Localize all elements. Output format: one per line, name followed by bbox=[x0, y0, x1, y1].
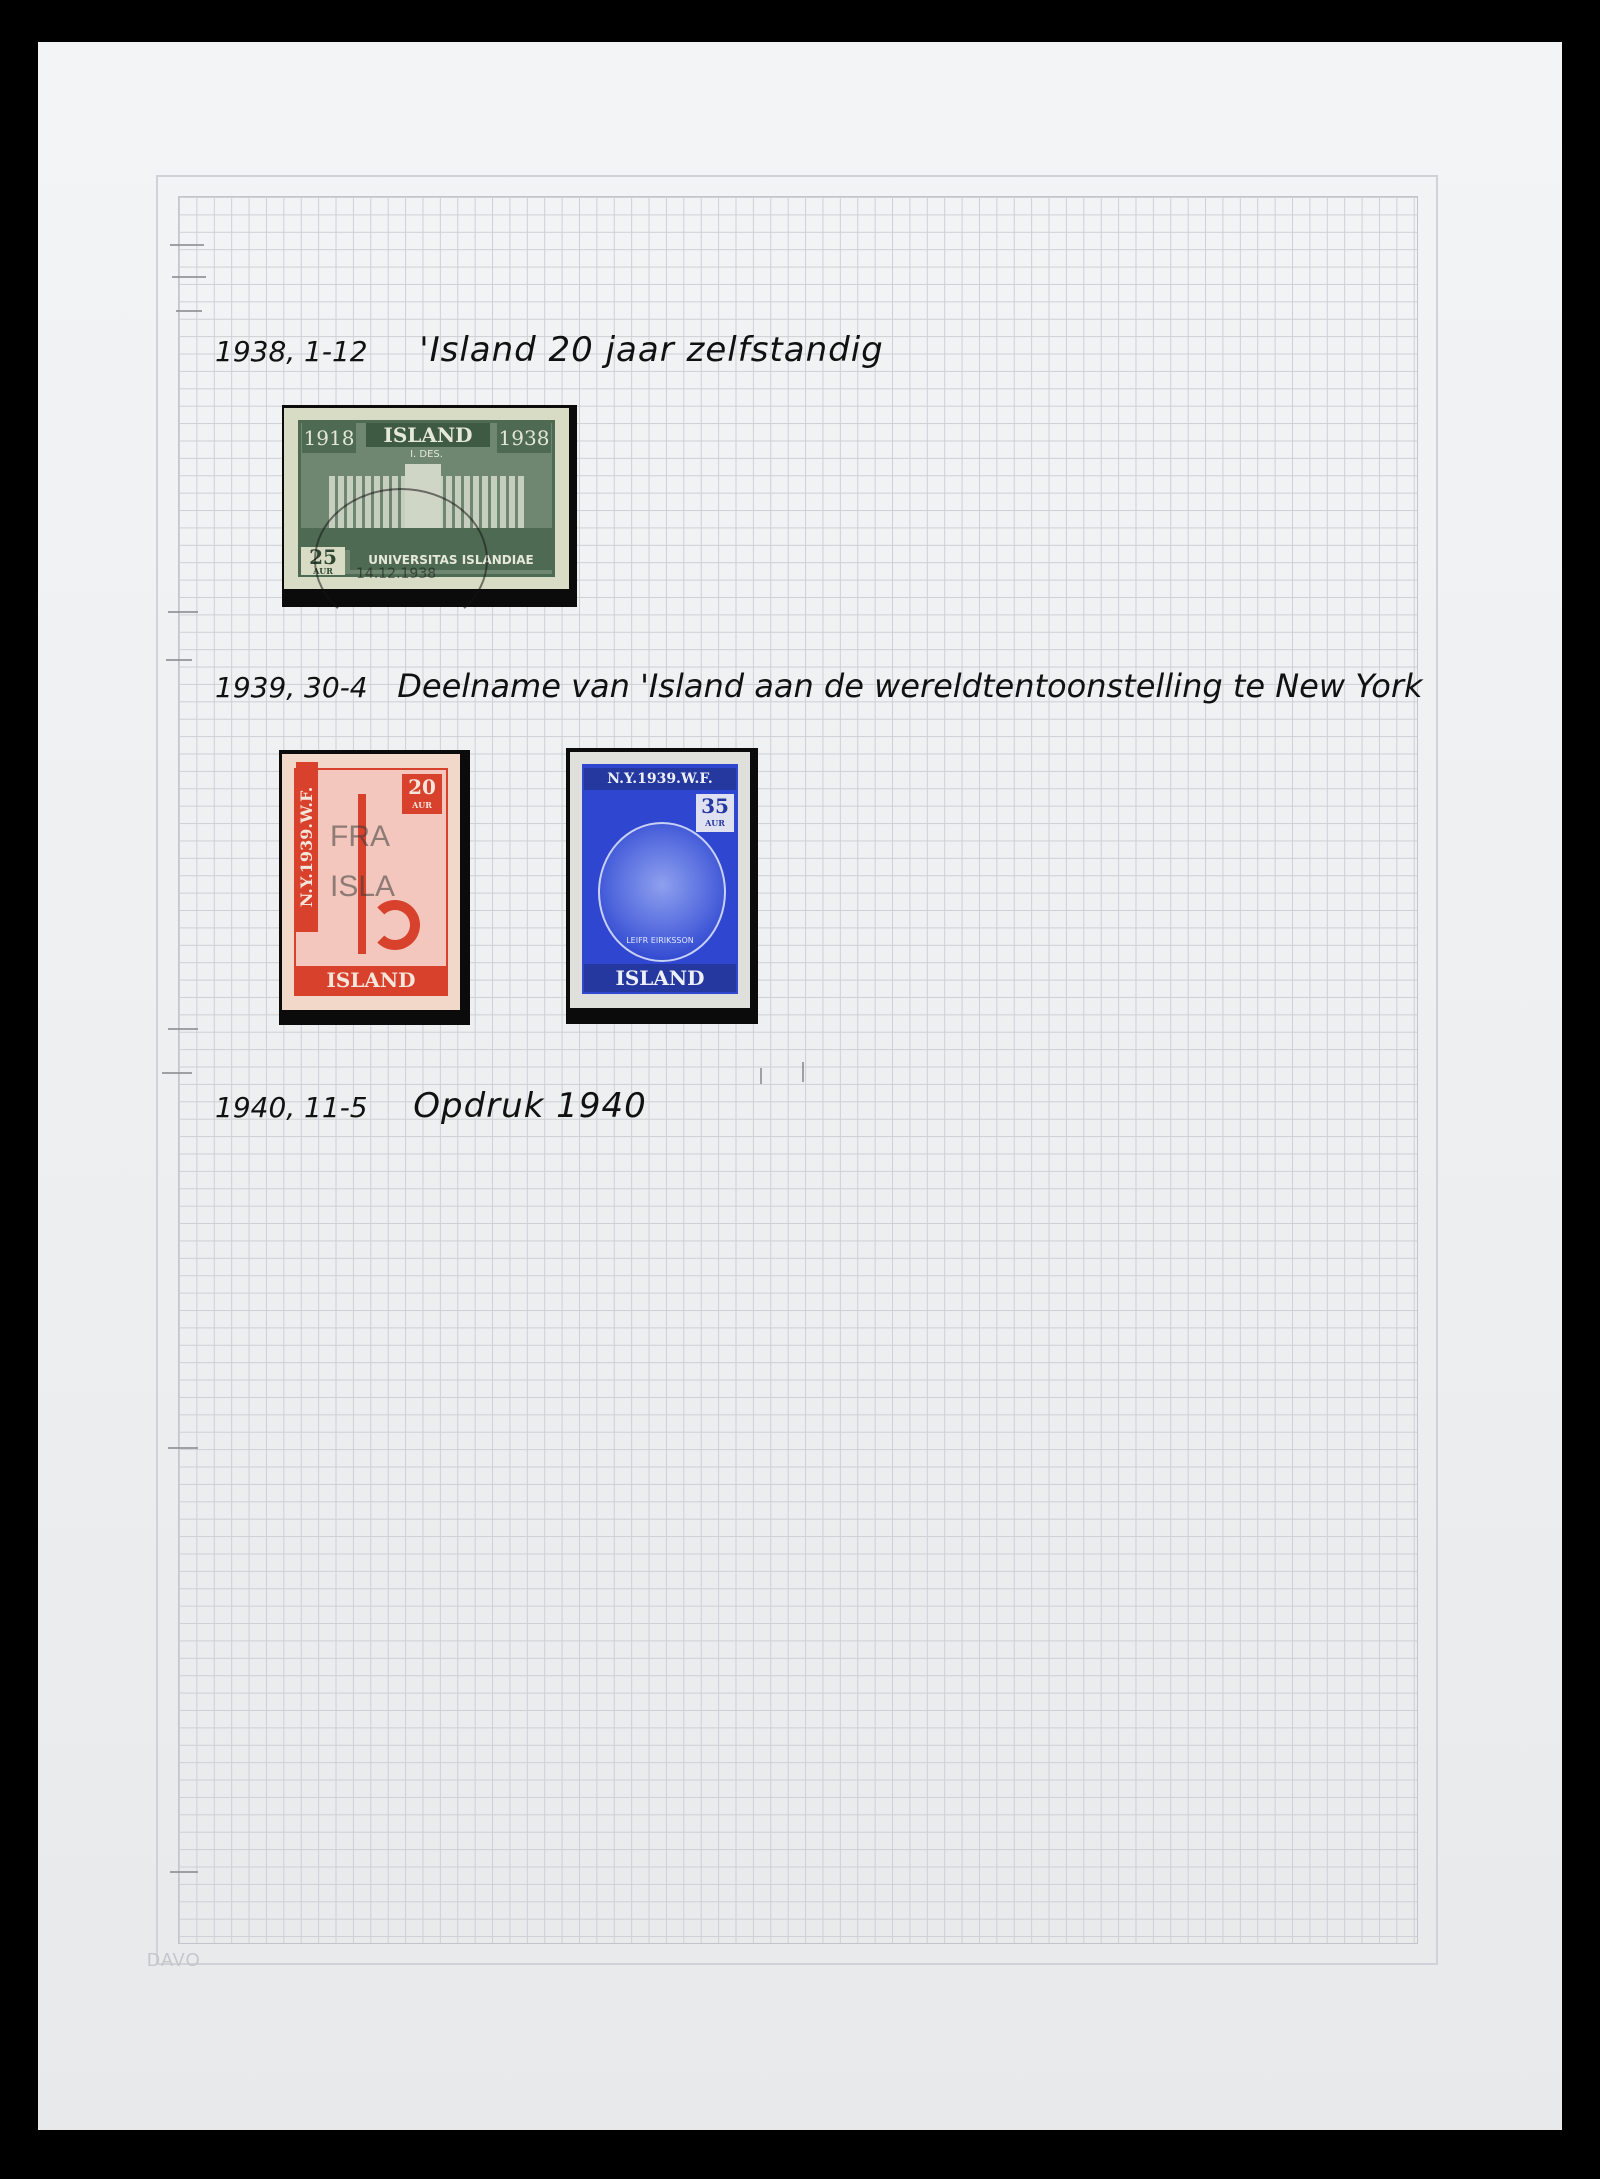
stamp-value: 20 AUR bbox=[402, 774, 442, 814]
stamp-side-text: N.Y.1939.W.F. bbox=[296, 762, 318, 932]
stamp-country: ISLAND bbox=[584, 964, 736, 992]
section-title: 'Island 20 jaar zelfstandig bbox=[419, 330, 884, 370]
album-page: 1938, 1-12 'Island 20 jaar zelfstandig 1… bbox=[38, 42, 1562, 2130]
pencil-mark bbox=[168, 1028, 198, 1030]
pencil-mark bbox=[170, 1871, 198, 1873]
postmark-bars: FRA ISLA bbox=[330, 812, 450, 912]
stamp-value: 35 AUR bbox=[696, 794, 734, 832]
section-heading-1940: 1940, 11-5 Opdruk 1940 bbox=[215, 1086, 647, 1126]
postmark-date: 14.12.1938 bbox=[356, 566, 436, 582]
section-heading-1938: 1938, 1-12 'Island 20 jaar zelfstandig bbox=[215, 330, 884, 370]
section-date: 1940, 11-5 bbox=[215, 1091, 368, 1124]
pencil-mark bbox=[162, 1072, 192, 1074]
stamp-subtitle: I. DES. bbox=[284, 449, 569, 460]
pencil-mark bbox=[176, 310, 202, 312]
stamp-1938-universitas-25aur[interactable]: 1918 ISLAND 1938 I. DES. 25 AUR UNIVERSI… bbox=[284, 408, 569, 589]
section-heading-1939: 1939, 30-4 Deelname van 'Island aan de w… bbox=[215, 666, 1423, 706]
stamp-country: ISLAND bbox=[366, 423, 490, 447]
stamp-country: ISLAND bbox=[296, 966, 446, 994]
stamp-1939-nywf-35aur[interactable]: N.Y.1939.W.F. 35 AUR LEIFR EIRIKSSON ISL… bbox=[570, 752, 750, 1008]
pencil-mark bbox=[802, 1062, 804, 1082]
postmark-circle bbox=[314, 488, 488, 632]
pencil-mark bbox=[170, 244, 204, 246]
pencil-mark bbox=[760, 1068, 762, 1084]
stamp-top-text: N.Y.1939.W.F. bbox=[584, 768, 736, 790]
section-title: Opdruk 1940 bbox=[413, 1086, 646, 1126]
pencil-mark bbox=[168, 611, 198, 613]
stamp-1939-nywf-20aur[interactable]: N.Y.1939.W.F. 20 AUR FRA ISLA ISLAND bbox=[282, 754, 460, 1010]
pencil-mark bbox=[166, 659, 192, 661]
pencil-mark bbox=[168, 1447, 198, 1449]
section-date: 1939, 30-4 bbox=[215, 671, 368, 704]
section-title: Deelname van 'Island aan de wereldtentoo… bbox=[397, 667, 1422, 705]
pencil-mark bbox=[172, 276, 206, 278]
album-publisher-mark: DAVO bbox=[147, 1950, 201, 1971]
section-date: 1938, 1-12 bbox=[215, 335, 368, 368]
medallion-text: LEIFR EIRIKSSON bbox=[570, 936, 750, 945]
